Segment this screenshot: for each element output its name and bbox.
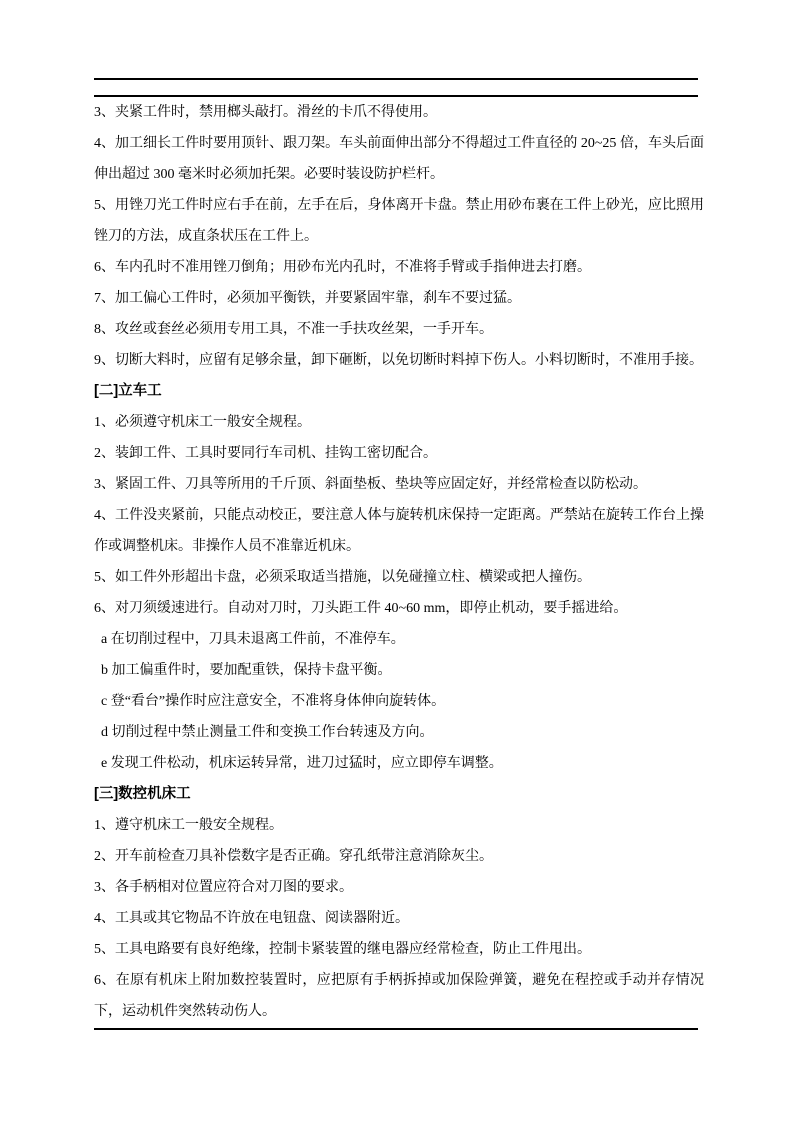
paragraph: 1、遵守机床工一般安全规程。	[94, 810, 704, 841]
section-heading: [三]数控机床工	[94, 779, 704, 810]
document-page: 3、夹紧工件时，禁用榔头敲打。滑丝的卡爪不得使用。4、加工细长工件时要用顶针、跟…	[0, 0, 793, 1122]
paragraph: 9、切断大料时，应留有足够余量，卸下砸断，以免切断时料掉下伤人。小料切断时，不准…	[94, 345, 704, 376]
paragraph: 2、开车前检查刀具补偿数字是否正确。穿孔纸带注意消除灰尘。	[94, 841, 704, 872]
paragraph: b 加工偏重件时，要加配重铁，保持卡盘平衡。	[94, 655, 704, 686]
paragraph: 6、车内孔时不准用锉刀倒角；用砂布光内孔时，不准将手臂或手指伸进去打磨。	[94, 252, 704, 283]
section-heading: [二]立车工	[94, 376, 704, 407]
paragraph: 2、装卸工件、工具时要同行车司机、挂钩工密切配合。	[94, 438, 704, 469]
paragraph: 6、在原有机床上附加数控装置时，应把原有手柄拆掉或加保险弹簧，避免在程控或手动并…	[94, 965, 704, 1027]
paragraph: 8、攻丝或套丝必须用专用工具，不准一手扶攻丝架，一手开车。	[94, 314, 704, 345]
paragraph: c 登“看台”操作时应注意安全，不准将身体伸向旋转体。	[94, 686, 704, 717]
paragraph: a 在切削过程中，刀具未退离工件前，不准停车。	[94, 624, 704, 655]
paragraph: 5、用锉刀光工件时应右手在前，左手在后，身体离开卡盘。禁止用砂布裹在工件上砂光，…	[94, 190, 704, 252]
paragraph: d 切削过程中禁止测量工件和变换工作台转速及方向。	[94, 717, 704, 748]
document-body: 3、夹紧工件时，禁用榔头敲打。滑丝的卡爪不得使用。4、加工细长工件时要用顶针、跟…	[94, 97, 704, 1027]
paragraph: 4、工件没夹紧前，只能点动校正，要注意人体与旋转机床保持一定距离。严禁站在旋转工…	[94, 500, 704, 562]
paragraph: 5、工具电路要有良好绝缘，控制卡紧装置的继电器应经常检查，防止工件甩出。	[94, 934, 704, 965]
paragraph: 3、紧固工件、刀具等所用的千斤顶、斜面垫板、垫块等应固定好，并经常检查以防松动。	[94, 469, 704, 500]
paragraph: 7、加工偏心工件时，必须加平衡铁，并要紧固牢靠，刹车不要过猛。	[94, 283, 704, 314]
paragraph: 6、对刀须缓速进行。自动对刀时，刀头距工件 40~60 mm，即停止机动，要手摇…	[94, 593, 704, 624]
paragraph: 1、必须遵守机床工一般安全规程。	[94, 407, 704, 438]
header-separator-rule	[94, 78, 698, 97]
paragraph: 4、加工细长工件时要用顶针、跟刀架。车头前面伸出部分不得超过工件直径的 20~2…	[94, 128, 704, 190]
paragraph: 3、各手柄相对位置应符合对刀图的要求。	[94, 872, 704, 903]
footer-separator-rule	[94, 1028, 698, 1030]
paragraph: 5、如工件外形超出卡盘，必须采取适当措施，以免碰撞立柱、横梁或把人撞伤。	[94, 562, 704, 593]
paragraph: 3、夹紧工件时，禁用榔头敲打。滑丝的卡爪不得使用。	[94, 97, 704, 128]
paragraph: e 发现工件松动，机床运转异常，进刀过猛时，应立即停车调整。	[94, 748, 704, 779]
paragraph: 4、工具或其它物品不许放在电钮盘、阅读器附近。	[94, 903, 704, 934]
